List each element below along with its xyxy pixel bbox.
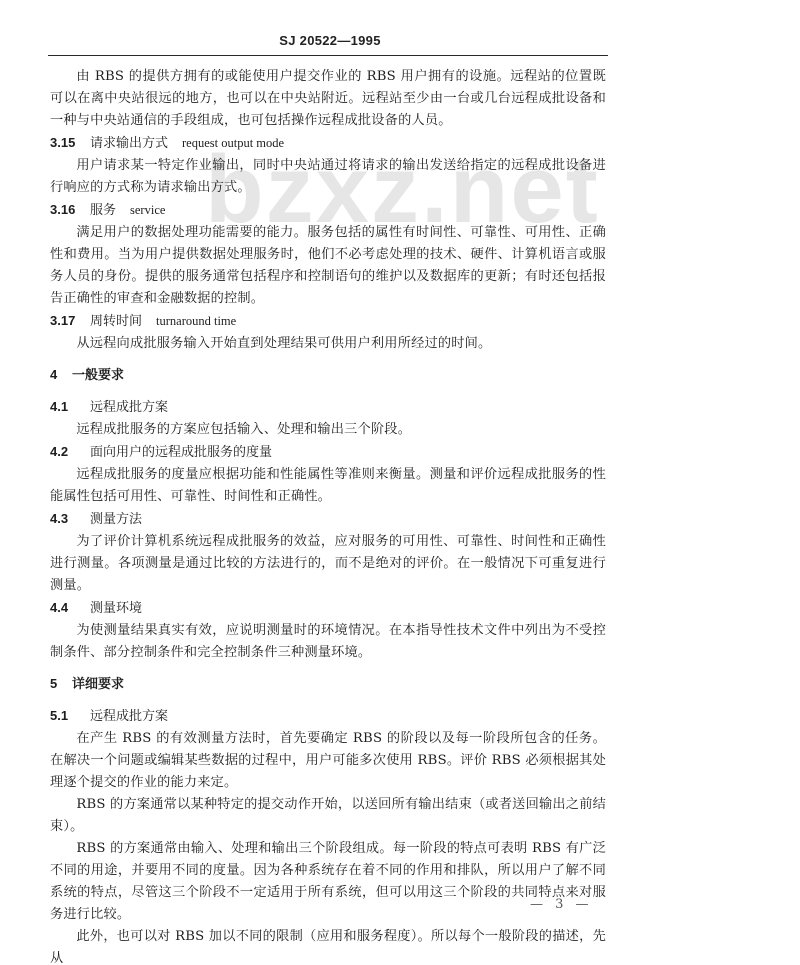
section-title: 详细要求 [72,677,124,692]
document-page: bzxz.net SJ 20522—1995 由 RBS 的提供方拥有的或能使用… [0,0,800,965]
paragraph: 为了评价计算机系统远程成批服务的效益，应对服务的可用性、可靠性、时间性和正确性进… [50,531,606,597]
section-number: 5 [50,673,72,695]
page-number: — 3 — [530,897,593,912]
clause-title: 测量环境 [90,601,142,616]
clause-number: 4.1 [50,396,90,418]
clause-title: 面向用户的远程成批服务的度量 [90,445,272,460]
term-heading-3-15: 3.15请求输出方式request output mode [50,132,606,155]
section-number: 4 [50,364,72,386]
header-divider [48,55,608,56]
clause-heading-4-3: 4.3测量方法 [50,508,606,531]
paragraph: RBS 的方案通常以某种特定的提交动作开始，以送回所有输出结束（或者送回输出之前… [50,794,606,838]
paragraph: 远程成批服务的度量应根据功能和性能属性等准则来衡量。测量和评价远程成批服务的性能… [50,464,606,508]
clause-number: 4.4 [50,597,90,619]
term-chinese: 请求输出方式 [90,136,168,151]
paragraph: 用户请求某一特定作业输出，同时中央站通过将请求的输出发送给指定的远程成批设备进行… [50,155,606,199]
clause-title: 测量方法 [90,512,142,527]
term-english: turnaround time [156,314,236,328]
paragraph: 满足用户的数据处理功能需要的能力。服务包括的属性有时间性、可靠性、可用性、正确性… [50,222,606,310]
paragraph: 为使测量结果真实有效，应说明测量时的环境情况。在本指导性技术文件中列出为不受控制… [50,620,606,664]
term-chinese: 服务 [90,203,116,218]
paragraph: 由 RBS 的提供方拥有的或能使用户提交作业的 RBS 用户拥有的设施。远程站的… [50,66,606,132]
document-body: 由 RBS 的提供方拥有的或能使用户提交作业的 RBS 用户拥有的设施。远程站的… [50,66,606,965]
clause-number: 3.16 [50,199,90,221]
paragraph: 在产生 RBS 的有效测量方法时，首先要确定 RBS 的阶段以及每一阶段所包含的… [50,728,606,794]
paragraph: 远程成批服务的方案应包括输入、处理和输出三个阶段。 [50,419,606,441]
term-english: service [130,203,165,217]
clause-number: 4.2 [50,441,90,463]
clause-title: 远程成批方案 [90,709,168,724]
clause-heading-5-1: 5.1远程成批方案 [50,705,606,728]
clause-number: 3.17 [50,310,90,332]
paragraph: 从远程向成批服务输入开始直到处理结果可供用户利用所经过的时间。 [50,333,606,355]
paragraph: 此外，也可以对 RBS 加以不同的限制（应用和服务程度）。所以每个一般阶段的描述… [50,926,606,965]
term-heading-3-16: 3.16服务service [50,199,606,222]
clause-number: 5.1 [50,705,90,727]
section-heading-5: 5详细要求 [50,673,606,696]
section-heading-4: 4一般要求 [50,364,606,387]
clause-heading-4-4: 4.4测量环境 [50,597,606,620]
section-title: 一般要求 [72,368,124,383]
clause-heading-4-2: 4.2面向用户的远程成批服务的度量 [50,441,606,464]
document-code-header: SJ 20522—1995 [0,33,660,48]
term-heading-3-17: 3.17周转时间turnaround time [50,310,606,333]
clause-title: 远程成批方案 [90,400,168,415]
term-chinese: 周转时间 [90,314,142,329]
term-english: request output mode [182,136,284,150]
clause-heading-4-1: 4.1远程成批方案 [50,396,606,419]
clause-number: 3.15 [50,132,90,154]
paragraph: RBS 的方案通常由输入、处理和输出三个阶段组成。每一阶段的特点可表明 RBS … [50,838,606,926]
clause-number: 4.3 [50,508,90,530]
